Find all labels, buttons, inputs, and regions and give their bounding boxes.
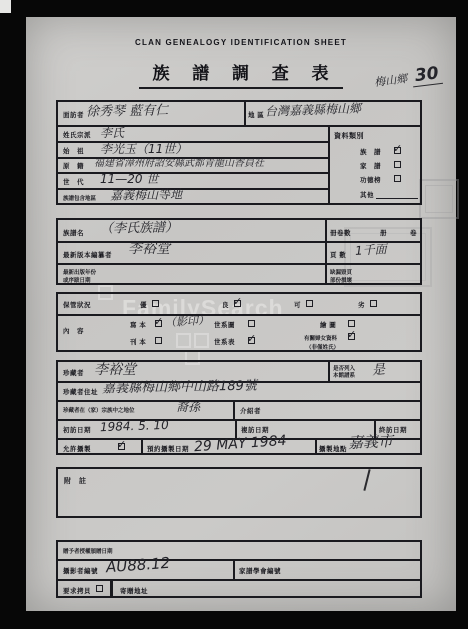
manuscript-label: 寫 本: [130, 320, 146, 329]
cond-fair-label: 可: [294, 300, 301, 309]
manuscript-note: （影印）: [165, 314, 210, 328]
volumes-label: 冊卷數: [330, 228, 351, 237]
divider: [58, 314, 420, 316]
admin-table: 贈予者授權頒贈日期 攝影者編號 AU88.12 家譜學會編號 要求拷貝 寄贈地址: [56, 540, 422, 598]
option-other-blank: [376, 198, 418, 199]
divider: [110, 579, 113, 596]
divider: [315, 438, 317, 453]
pages-label: 頁 數: [330, 250, 346, 259]
volumes-unit-juan: 卷: [410, 228, 417, 237]
position-label: 珍藏者在（家）宗族中之地位: [63, 406, 135, 414]
divider: [233, 400, 235, 419]
listed-label-line2: 本館譜系: [333, 371, 355, 379]
film-place-label: 攝製地點: [319, 444, 347, 453]
scan-corner-notch: [0, 0, 11, 13]
scan-frame: FamilySearch CLAN GENEALOGY IDENTIFICATI…: [0, 0, 468, 629]
society-label: 家譜學會編號: [239, 566, 281, 575]
origin-value: 福建省漳州府詔安縣武都青龍山香員社: [94, 159, 264, 169]
photographer-value: AU88.12: [106, 556, 171, 575]
keeper-value: 李裕堂: [94, 363, 136, 377]
condition-table: 保管狀況 優 良 可 劣 內 容 寫 本 （影印） 世系圖 繪 圖 刊 本 世系…: [56, 292, 422, 352]
address-value: 嘉義縣梅山鄉中山路189號: [102, 380, 257, 396]
faint-archive-seal: [419, 179, 459, 219]
founder-value: 李光玉（11世）: [100, 143, 187, 155]
areas-value: 嘉義梅山等地: [110, 188, 182, 201]
cond-poor-checkbox: [370, 300, 377, 307]
remarks-label: 附 註: [64, 476, 87, 486]
printed-checkbox: [155, 337, 162, 344]
divider: [58, 263, 420, 265]
divider: [328, 362, 330, 381]
cond-good-label: 良: [222, 300, 229, 309]
listed-value: 是: [371, 363, 385, 377]
divider: [235, 419, 237, 438]
cond-excellent-label: 優: [140, 300, 147, 309]
first-visit-label: 初訪日期: [63, 425, 91, 434]
manuscript-checkbox: [155, 320, 162, 327]
divider: [328, 125, 330, 203]
pubyear-label-line2: 或序跋日期: [63, 276, 91, 284]
corner-number: 30: [411, 63, 443, 87]
clan-label: 姓氏宗派: [63, 130, 91, 139]
introducer-label: 介紹者: [240, 406, 261, 415]
content-label: 內 容: [63, 326, 84, 335]
printed-label: 刊 本: [130, 337, 146, 346]
founder-label: 始 祖: [63, 146, 84, 155]
film-date-value: 29 MAY 1984: [194, 434, 287, 454]
book-info-table: 族譜名 （李氏族譜） 冊卷數 册 卷 最新版本編纂者 李裕堂 頁 數 1千面 最…: [56, 218, 422, 285]
generations-value: 11—20 世: [100, 173, 158, 185]
cond-excellent-checkbox: [152, 300, 159, 307]
compiler-value: 李裕堂: [128, 242, 170, 256]
divider: [233, 559, 235, 579]
women-data-checkbox: [348, 333, 355, 340]
divider: [58, 172, 328, 174]
basic-info-table: 面訪者 徐秀琴 藍有仁 地 區 台灣嘉義縣梅山鄉 姓氏宗派 李氏 始 祖 李光玉…: [56, 100, 422, 205]
volumes-unit-ce: 册: [380, 228, 387, 237]
clan-value: 李氏: [100, 127, 124, 139]
book-title-label: 族譜名: [63, 228, 84, 237]
photographer-label: 攝影者編號: [63, 566, 98, 575]
chart-label: 世系圖: [214, 320, 235, 329]
permit-checkbox: [118, 443, 125, 450]
interviewer-value: 徐秀琴 藍有仁: [86, 104, 168, 118]
illustration-label: 繪 圖: [320, 320, 336, 329]
damage-label-line2: 部份損壞: [330, 276, 352, 284]
cond-poor-label: 劣: [358, 300, 365, 309]
lineage-table-checkbox: [248, 337, 255, 344]
option-zupu-label: 族 譜: [360, 147, 381, 156]
option-jiapu-checkbox: [394, 161, 401, 168]
address-label: 珍藏者住址: [63, 387, 98, 396]
women-data-note: （非僅姓氏）: [306, 343, 339, 351]
divider: [325, 220, 327, 283]
chart-checkbox: [248, 320, 255, 327]
copy-request-checkbox: [96, 585, 103, 592]
permit-label: 允許攝製: [63, 444, 91, 453]
illustration-checkbox: [348, 320, 355, 327]
film-place-value: 嘉義市: [348, 434, 394, 451]
cond-fair-checkbox: [306, 300, 313, 307]
option-gongdebang-label: 功德榜: [360, 175, 381, 184]
grant-label: 贈予者授權頒贈日期: [63, 547, 113, 555]
form-title: 族 譜 調 查 表: [139, 59, 344, 89]
condition-label: 保管狀況: [63, 300, 91, 309]
option-gongdebang-checkbox: [394, 175, 401, 182]
interviewer-label: 面訪者: [63, 110, 84, 119]
region-label: 地 區: [248, 110, 264, 119]
genealogy-form-page: FamilySearch CLAN GENEALOGY IDENTIFICATI…: [26, 17, 456, 611]
book-title-value: （李氏族譜）: [100, 221, 178, 235]
keeper-table: 珍藏者 李裕堂 是否列入 本館譜系 是 珍藏者住址 嘉義縣梅山鄉中山路189號 …: [56, 360, 422, 455]
category-label: 資料類別: [334, 131, 364, 141]
divider: [244, 102, 246, 125]
damage-label-line1: 缺漏毀頁: [330, 268, 352, 276]
pubyear-label-line1: 最新出版年份: [63, 268, 96, 276]
option-jiapu-label: 家 譜: [360, 161, 381, 170]
lineage-table-label: 世系表: [214, 337, 235, 346]
first-visit-value: 1984. 5. 10: [100, 419, 169, 433]
option-other-label: 其他: [360, 190, 374, 199]
origin-label: 原 籍: [63, 161, 84, 170]
compiler-label: 最新版本編纂者: [63, 250, 112, 259]
film-date-label: 預約攝製日期: [147, 444, 189, 453]
region-value: 台灣嘉義縣梅山鄉: [265, 102, 361, 117]
english-title: CLAN GENEALOGY IDENTIFICATION SHEET: [26, 38, 456, 47]
women-data-label: 有關婦女資料: [304, 334, 337, 342]
cond-good-checkbox: [234, 300, 241, 307]
mail-address-label: 寄贈地址: [120, 586, 148, 595]
divider: [58, 188, 328, 190]
divider: [58, 400, 420, 402]
option-zupu-checkbox: [394, 147, 401, 154]
pages-value: 1千面: [355, 243, 387, 257]
position-value: 裔孫: [176, 401, 200, 413]
copy-request-label: 要求拷貝: [63, 586, 91, 595]
areas-label: 族譜包含地區: [63, 194, 96, 202]
corner-place: 梅山鄉: [374, 72, 408, 89]
generations-label: 世 代: [63, 177, 84, 186]
divider: [141, 438, 143, 453]
keeper-label: 珍藏者: [63, 368, 84, 377]
second-visit-label: 複訪日期: [241, 425, 269, 434]
remarks-table: 附 註: [56, 467, 422, 518]
divider: [58, 141, 328, 143]
